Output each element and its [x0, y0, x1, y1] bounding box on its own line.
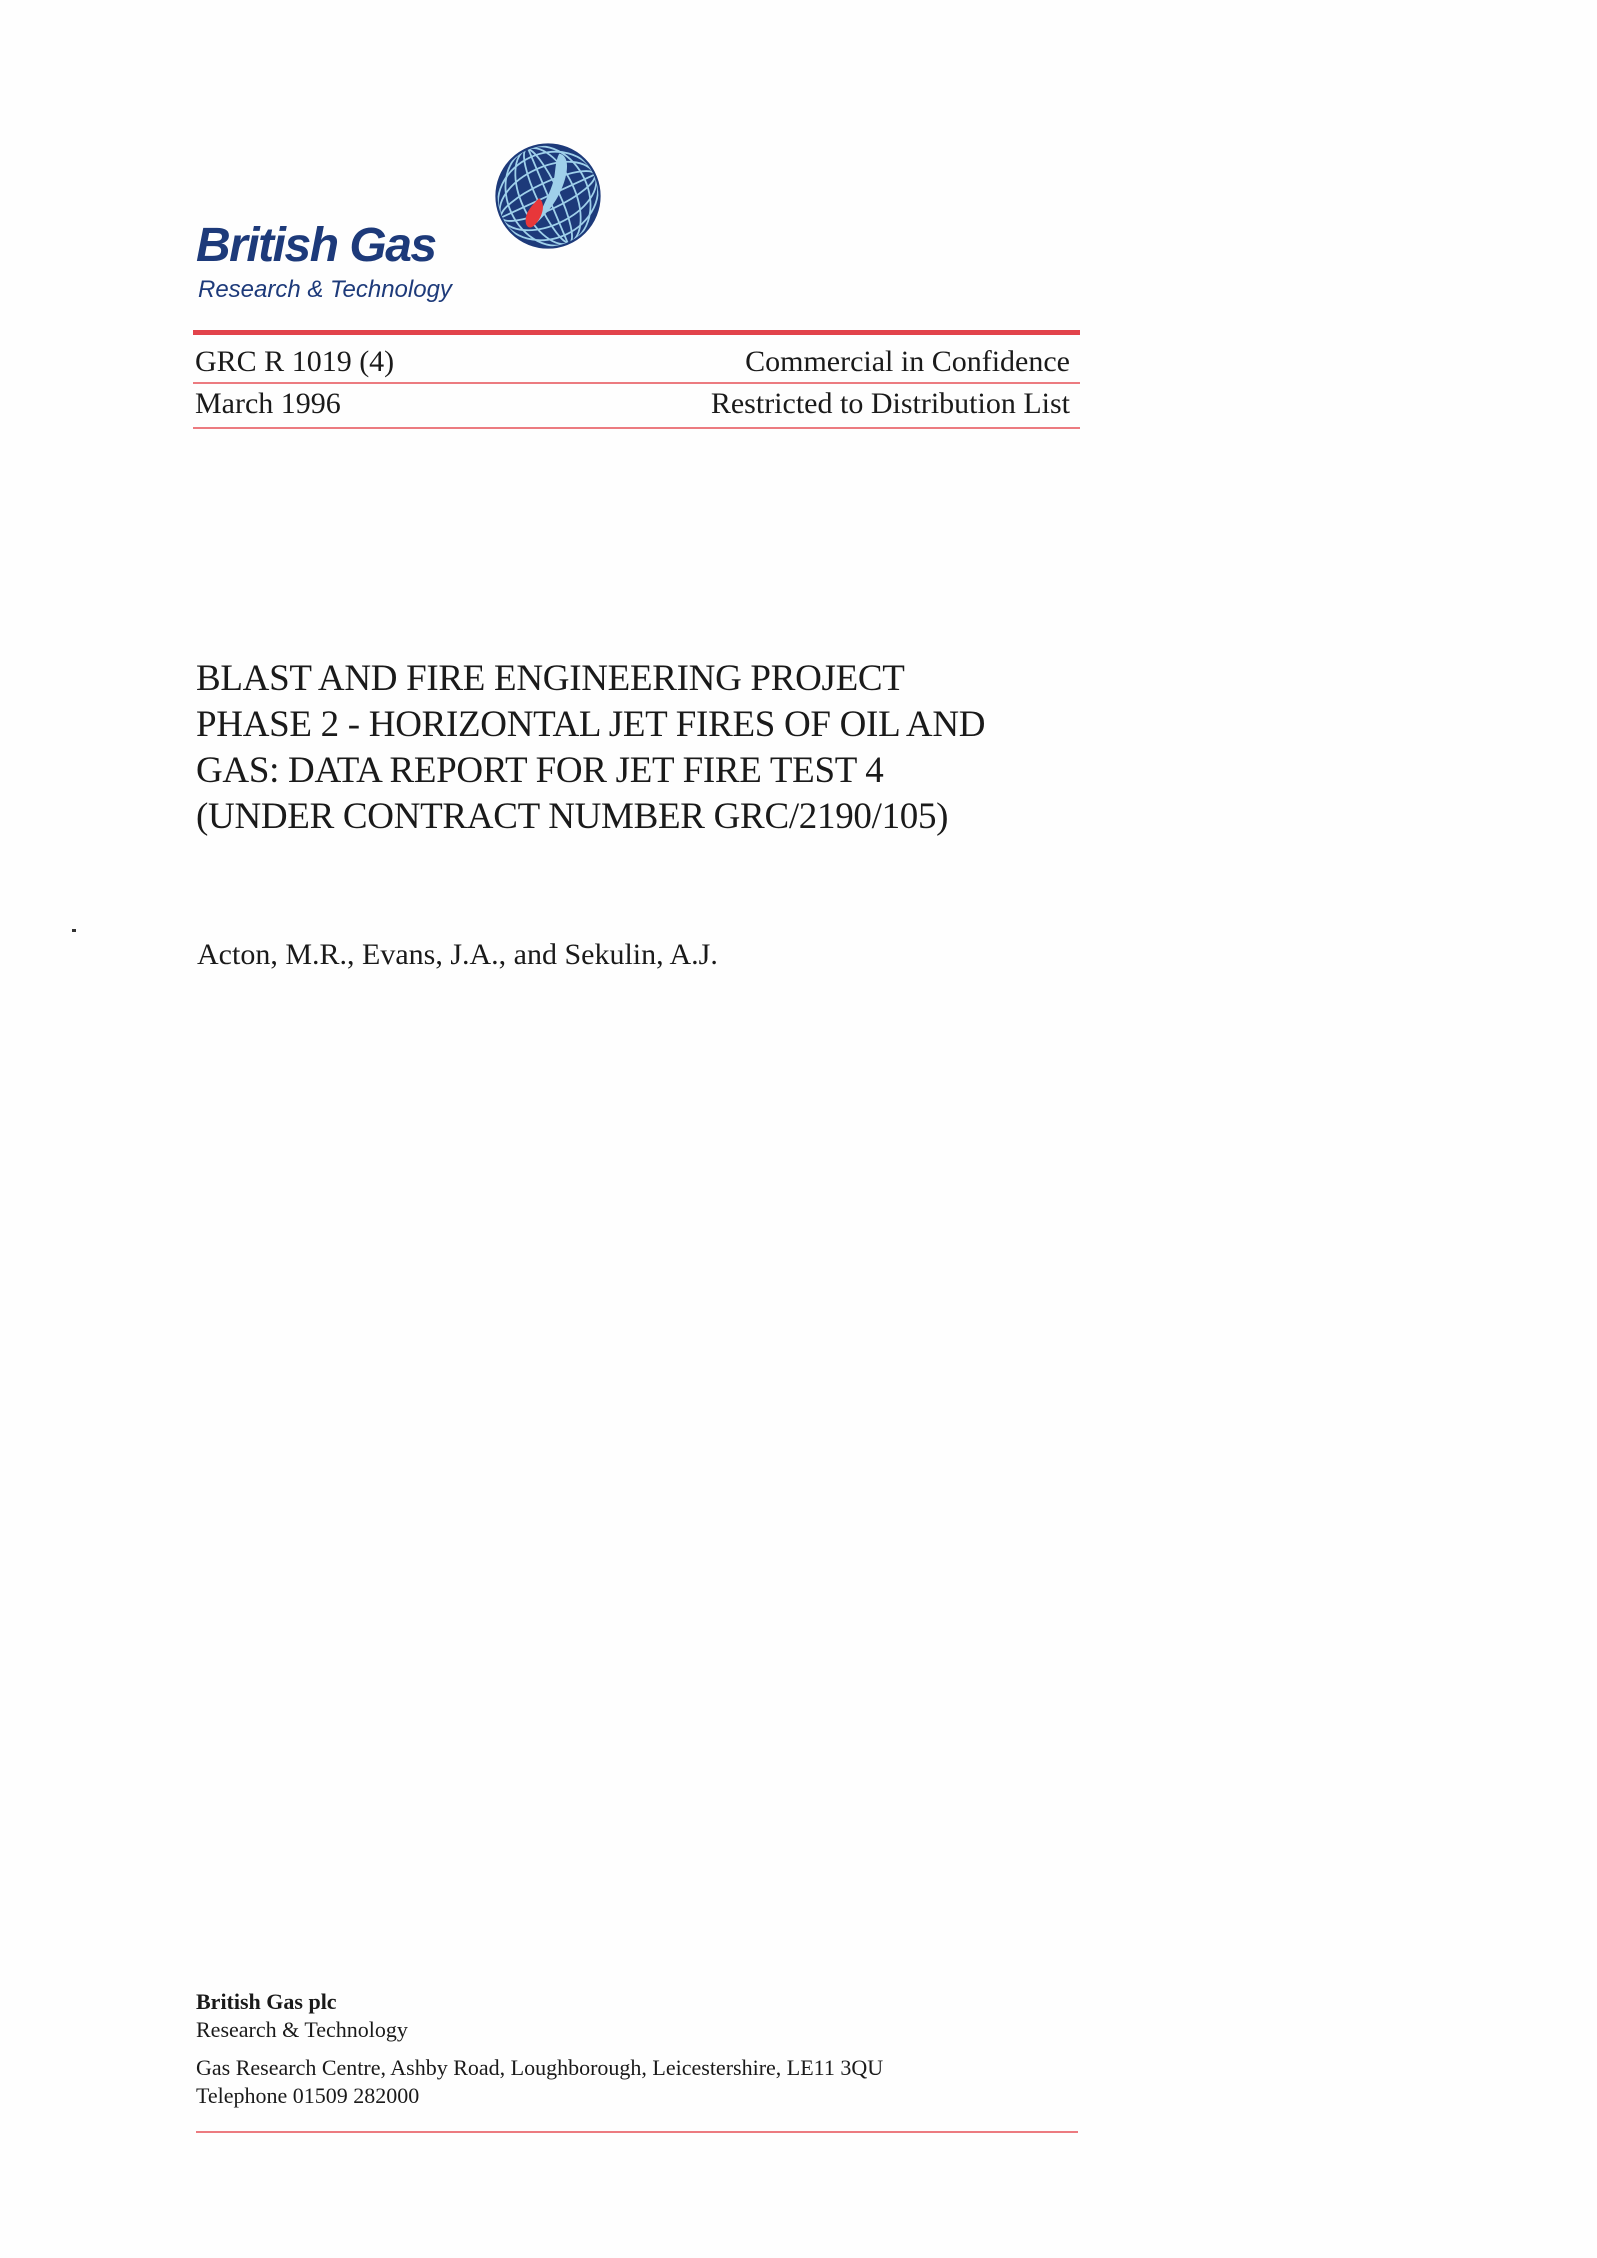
title-line: BLAST AND FIRE ENGINEERING PROJECT	[196, 656, 1096, 702]
report-date: March 1996	[195, 387, 341, 421]
report-title: BLAST AND FIRE ENGINEERING PROJECT PHASE…	[196, 656, 1096, 840]
title-line: (UNDER CONTRACT NUMBER GRC/2190/105)	[196, 794, 1096, 840]
header-rule-bottom	[193, 427, 1080, 429]
title-line: GAS: DATA REPORT FOR JET FIRE TEST 4	[196, 748, 1096, 794]
title-line: PHASE 2 - HORIZONTAL JET FIRES OF OIL AN…	[196, 702, 1096, 748]
company-name: British Gas plc	[196, 1988, 883, 2016]
telephone: Telephone 01509 282000	[196, 2082, 883, 2110]
footer-address-block: British Gas plc Research & Technology Ga…	[196, 1988, 883, 2110]
header-rule-middle	[193, 382, 1080, 384]
globe-flame-icon	[492, 140, 604, 252]
postal-address: Gas Research Centre, Ashby Road, Loughbo…	[196, 2054, 883, 2082]
brand-subtitle: Research & Technology	[198, 276, 452, 304]
brand-name: British Gas	[196, 218, 436, 273]
british-gas-logo: British Gas Research & Technology	[196, 140, 616, 310]
header-rule-top	[193, 330, 1080, 335]
authors: Acton, M.R., Evans, J.A., and Sekulin, A…	[197, 938, 718, 972]
report-number: GRC R 1019 (4)	[195, 345, 394, 379]
classification: Commercial in Confidence	[745, 345, 1070, 379]
report-cover-page: British Gas Research & Technology GRC R …	[0, 0, 1597, 2258]
division-name: Research & Technology	[196, 2016, 883, 2044]
distribution: Restricted to Distribution List	[711, 387, 1070, 421]
scan-speck	[72, 929, 76, 932]
footer-rule	[196, 2131, 1078, 2133]
